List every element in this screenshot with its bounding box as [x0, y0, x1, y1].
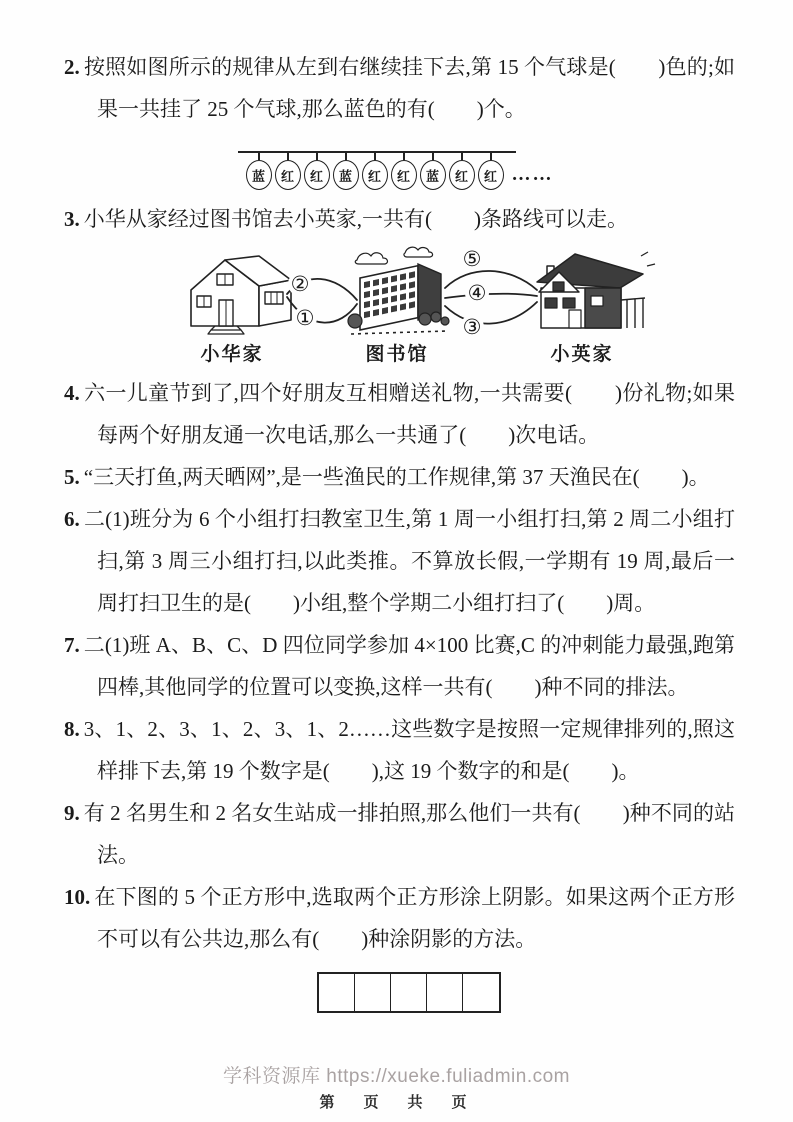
page-number-label: 第 页 共 页 [0, 1091, 793, 1112]
xiaohua-house-illustration [191, 256, 291, 334]
question-8-text: 3、1、2、3、1、2、3、1、2……这些数字是按照一定规律排列的,照这样排下去… [84, 717, 735, 783]
balloon-string [432, 153, 434, 160]
balloon-string [345, 153, 347, 160]
balloon-string [461, 153, 463, 160]
balloon-pattern-diagram: 蓝 红 红 蓝 红 红 蓝 红 红 …… [64, 142, 735, 190]
squares-strip [317, 972, 501, 1013]
balloon-item: 蓝 [420, 153, 446, 190]
square-cell [355, 974, 391, 1011]
balloon-blue: 蓝 [420, 160, 446, 190]
balloon-item: 红 [304, 153, 330, 190]
xiaohua-house-label: 小华家 [187, 339, 277, 366]
balloon-hanging-row: 蓝 红 红 蓝 红 红 蓝 红 红 [246, 151, 504, 190]
ellipsis-dots: …… [512, 165, 554, 190]
question-9: 9.有 2 名男生和 2 名女生站成一排拍照,那么他们一共有( )种不同的站法。 [64, 792, 735, 876]
question-6-number: 6. [64, 507, 80, 531]
xiaoying-house-label: 小英家 [537, 339, 627, 366]
balloon-red: 红 [275, 160, 301, 190]
question-7: 7.二(1)班 A、B、C、D 四位同学参加 4×100 比赛,C 的冲刺能力最… [64, 624, 735, 708]
balloon-item: 红 [362, 153, 388, 190]
question-10-text: 在下图的 5 个正方形中,选取两个正方形涂上阴影。如果这两个正方形不可以有公共边… [94, 885, 735, 951]
balloon-string [316, 153, 318, 160]
route-5-label: ⑤ [460, 247, 484, 271]
squares-diagram [82, 972, 735, 1013]
question-2: 2.按照如图所示的规律从左到右继续挂下去,第 15 个气球是( )色的;如果一共… [64, 46, 735, 130]
square-cell [463, 974, 499, 1011]
square-cell [427, 974, 463, 1011]
balloon-blue: 蓝 [246, 160, 272, 190]
question-3: 3.小华从家经过图书馆去小英家,一共有( )条路线可以走。 [64, 198, 735, 240]
balloon-string [403, 153, 405, 160]
question-7-text: 二(1)班 A、B、C、D 四位同学参加 4×100 比赛,C 的冲刺能力最强,… [84, 633, 735, 699]
question-3-text: 小华从家经过图书馆去小英家,一共有( )条路线可以走。 [84, 207, 628, 231]
question-2-text: 按照如图所示的规律从左到右继续挂下去,第 15 个气球是( )色的;如果一共挂了… [84, 55, 735, 121]
route-2-label: ② [288, 272, 312, 296]
question-6-text: 二(1)班分为 6 个小组打扫教室卫生,第 1 周一小组打扫,第 2 周二小组打… [84, 507, 735, 615]
library-label: 图书馆 [352, 339, 442, 366]
question-5: 5.“三天打鱼,两天晒网”,是一些渔民的工作规律,第 37 天渔民在( )。 [64, 456, 735, 498]
question-7-number: 7. [64, 633, 80, 657]
question-9-number: 9. [64, 801, 80, 825]
route-4-label: ④ [465, 281, 489, 305]
route-1-label: ① [293, 306, 317, 330]
page-footer: 学科资源库 https://xueke.fuliadmin.com 第 页 共 … [0, 1061, 793, 1112]
balloon-item: 红 [391, 153, 417, 190]
balloon-item: 蓝 [246, 153, 272, 190]
balloon-string [374, 153, 376, 160]
question-8-number: 8. [64, 717, 80, 741]
question-9-text: 有 2 名男生和 2 名女生站成一排拍照,那么他们一共有( )种不同的站法。 [84, 801, 735, 867]
worksheet-page: 2.按照如图所示的规律从左到右继续挂下去,第 15 个气球是( )色的;如果一共… [0, 0, 793, 1122]
question-5-number: 5. [64, 465, 80, 489]
balloon-item: 蓝 [333, 153, 359, 190]
balloon-red: 红 [391, 160, 417, 190]
balloon-string [258, 153, 260, 160]
watermark-text: 学科资源库 https://xueke.fuliadmin.com [0, 1061, 793, 1088]
library-illustration [348, 247, 449, 334]
route-diagram-art [175, 244, 675, 340]
square-cell [391, 974, 427, 1011]
balloon-red: 红 [362, 160, 388, 190]
balloon-red: 红 [449, 160, 475, 190]
question-3-number: 3. [64, 207, 80, 231]
balloon-item: 红 [449, 153, 475, 190]
question-10: 10.在下图的 5 个正方形中,选取两个正方形涂上阴影。如果这两个正方形不可以有… [64, 876, 735, 960]
balloon-blue: 蓝 [333, 160, 359, 190]
route-diagram: ② ① ⑤ ④ ③ 小华家 图书馆 小英家 [175, 244, 675, 366]
question-5-text: “三天打鱼,两天晒网”,是一些渔民的工作规律,第 37 天渔民在( )。 [84, 465, 710, 489]
balloon-item: 红 [275, 153, 301, 190]
worksheet-content: 2.按照如图所示的规律从左到右继续挂下去,第 15 个气球是( )色的;如果一共… [0, 0, 793, 1013]
balloon-red: 红 [478, 160, 504, 190]
question-10-number: 10. [64, 885, 90, 909]
question-4-number: 4. [64, 381, 80, 405]
question-8: 8.3、1、2、3、1、2、3、1、2……这些数字是按照一定规律排列的,照这样排… [64, 708, 735, 792]
question-4: 4.六一儿童节到了,四个好朋友互相赠送礼物,一共需要( )份礼物;如果每两个好朋… [64, 372, 735, 456]
route-3-label: ③ [460, 315, 484, 339]
balloon-string [490, 153, 492, 160]
balloon-row: 蓝 红 红 蓝 红 红 蓝 红 红 [246, 153, 504, 190]
question-4-text: 六一儿童节到了,四个好朋友互相赠送礼物,一共需要( )份礼物;如果每两个好朋友通… [84, 381, 735, 447]
square-cell [319, 974, 355, 1011]
balloon-item: 红 [478, 153, 504, 190]
question-6: 6.二(1)班分为 6 个小组打扫教室卫生,第 1 周一小组打扫,第 2 周二小… [64, 498, 735, 624]
balloon-string [287, 153, 289, 160]
question-2-number: 2. [64, 55, 80, 79]
balloon-red: 红 [304, 160, 330, 190]
balloon-hanging-line [238, 151, 516, 153]
xiaoying-house-illustration [537, 252, 655, 328]
